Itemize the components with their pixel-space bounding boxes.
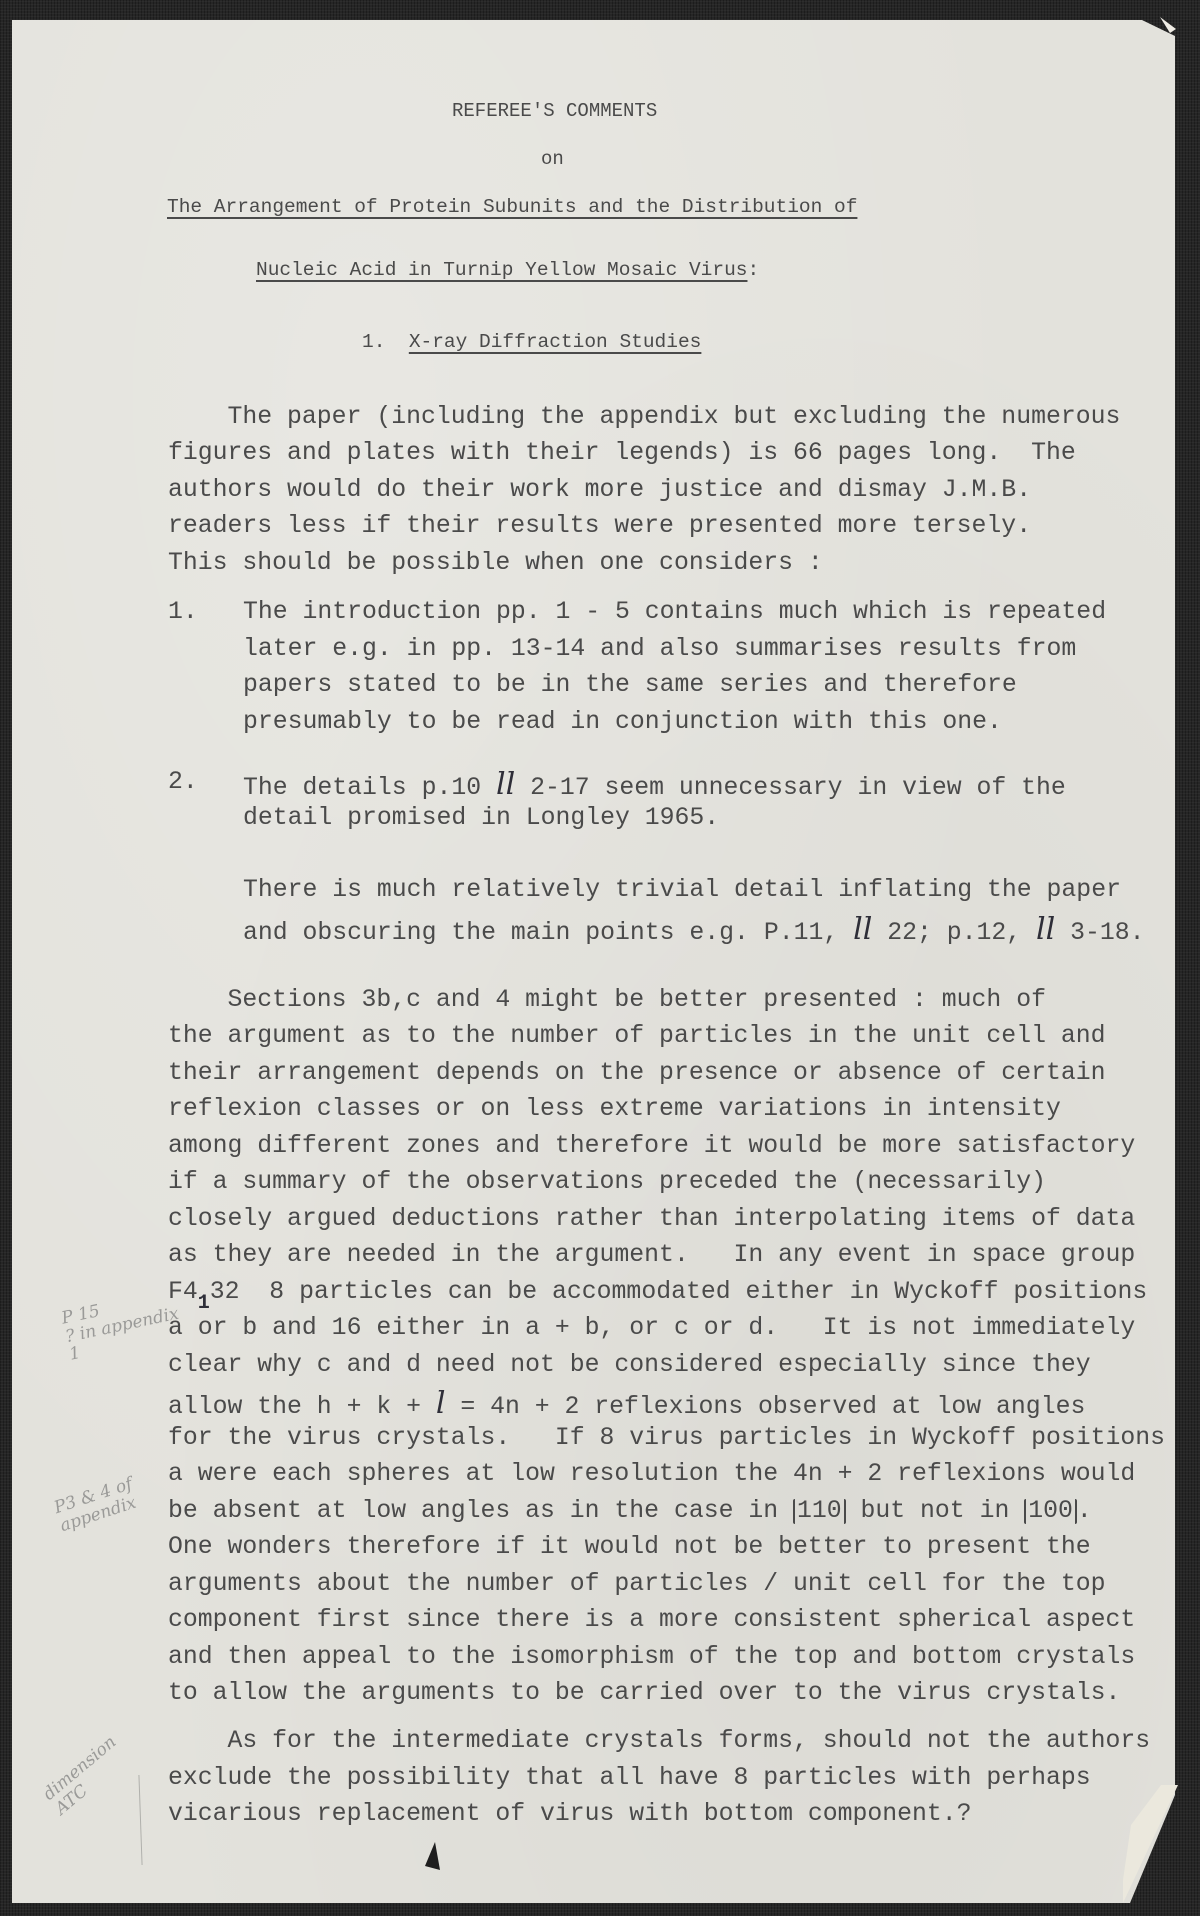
title-line-1-text: The Arrangement of Protein Subunits and … [167,196,857,218]
paragraph-line: to allow the arguments to be carried ove… [168,1681,1120,1706]
document-title-line-1: The Arrangement of Protein Subunits and … [167,198,857,218]
paragraph-text: 22; p.12, [872,919,1036,947]
paragraph-line: and then appeal to the isomorphism of th… [168,1645,1135,1670]
paragraph-text: 32 8 particles can be accommodated eithe… [210,1278,1147,1306]
section-heading: 1. X-ray Diffraction Studies [362,333,701,353]
heading-on: on [541,150,564,169]
paragraph-text: 3-18. [1055,919,1144,947]
document-heading: REFEREE'S COMMENTS [452,102,657,121]
list-line: The introduction pp. 1 - 5 contains much… [243,600,1106,625]
list-text: 2-17 seem unnecessary in view of the [515,774,1066,802]
intro-line: This should be possible when one conside… [168,551,823,576]
handwritten-subscript: 1 [198,1292,210,1315]
paragraph-line: and obscuring the main points e.g. P.11,… [243,915,1145,946]
list-line: papers stated to be in the same series a… [243,673,1017,698]
paragraph-line: reflexion classes or on less extreme var… [168,1097,1061,1122]
paragraph-line: arguments about the number of particles … [168,1572,1105,1597]
section-title: X-ray Diffraction Studies [409,331,702,353]
intro-line: figures and plates with their legends) i… [168,441,1076,466]
paragraph-line: vicarious replacement of virus with bott… [168,1802,972,1827]
paragraph-line: as they are needed in the argument. In a… [168,1243,1135,1268]
miller-index-100: 100 [1024,1499,1077,1524]
list-line: later e.g. in pp. 13-14 and also summari… [243,637,1076,662]
paragraph-text: but not in [846,1497,1025,1525]
list-line: The details p.10 ll 2-17 seem unnecessar… [243,770,1066,801]
list-text: The details p.10 [243,774,496,802]
paragraph-line: the argument as to the number of particl… [168,1024,1105,1049]
paragraph-text: = 4n + 2 reflexions observed at low angl… [445,1393,1085,1421]
bracket-line: be absent at low angles as in the case i… [168,1499,1092,1524]
list-number: 1. [168,600,198,625]
list-line: presumably to be read in conjunction wit… [243,710,1002,735]
paragraph-text: . [1077,1497,1092,1525]
paragraph-line: Sections 3b,c and 4 might be better pres… [168,988,1046,1013]
paragraph-line: among different zones and therefore it w… [168,1134,1135,1159]
paragraph-text: and obscuring the main points e.g. P.11, [243,919,853,947]
paragraph-line: As for the intermediate crystals forms, … [168,1729,1150,1754]
paragraph-line: their arrangement depends on the presenc… [168,1061,1105,1086]
paragraph-line: exclude the possibility that all have 8 … [168,1766,1091,1791]
list-number: 2. [168,770,198,795]
paragraph-line: There is much relatively trivial detail … [243,878,1121,903]
handwritten-ll: ll [853,912,872,947]
handwritten-l: l [436,1386,446,1421]
paragraph-line: closely argued deductions rather than in… [168,1207,1135,1232]
paragraph-line: One wonders therefore if it would not be… [168,1535,1091,1560]
paragraph-line: clear why c and d need not be considered… [168,1353,1091,1378]
paragraph-text: be absent at low angles as in the case i… [168,1497,793,1525]
intro-line: authors would do their work more justice… [168,478,1031,503]
intro-line: The paper (including the appendix but ex… [168,405,1120,430]
title-colon: : [747,259,759,281]
miller-index-110: 110 [793,1499,846,1524]
section-number: 1. [362,331,385,353]
paragraph-line: a were each spheres at low resolution th… [168,1462,1135,1487]
intro-line: readers less if their results were prese… [168,514,1031,539]
paragraph-line: a or b and 16 either in a + b, or c or d… [168,1316,1135,1341]
paragraph-line: for the virus crystals. If 8 virus parti… [168,1426,1165,1451]
paragraph-text: allow the h + k + [168,1393,436,1421]
space-group-line: F4132 8 particles can be accommodated ei… [168,1280,1147,1305]
title-line-2-text: Nucleic Acid in Turnip Yellow Mosaic Vir… [256,259,747,281]
handwritten-ll: ll [1036,912,1055,947]
hkl-line: allow the h + k + l = 4n + 2 reflexions … [168,1389,1085,1420]
handwritten-ll: ll [496,767,515,802]
paragraph-line: if a summary of the observations precede… [168,1170,1046,1195]
document-title-line-2: Nucleic Acid in Turnip Yellow Mosaic Vir… [256,261,759,281]
list-line: detail promised in Longley 1965. [243,806,719,831]
paragraph-line: component first since there is a more co… [168,1608,1135,1633]
